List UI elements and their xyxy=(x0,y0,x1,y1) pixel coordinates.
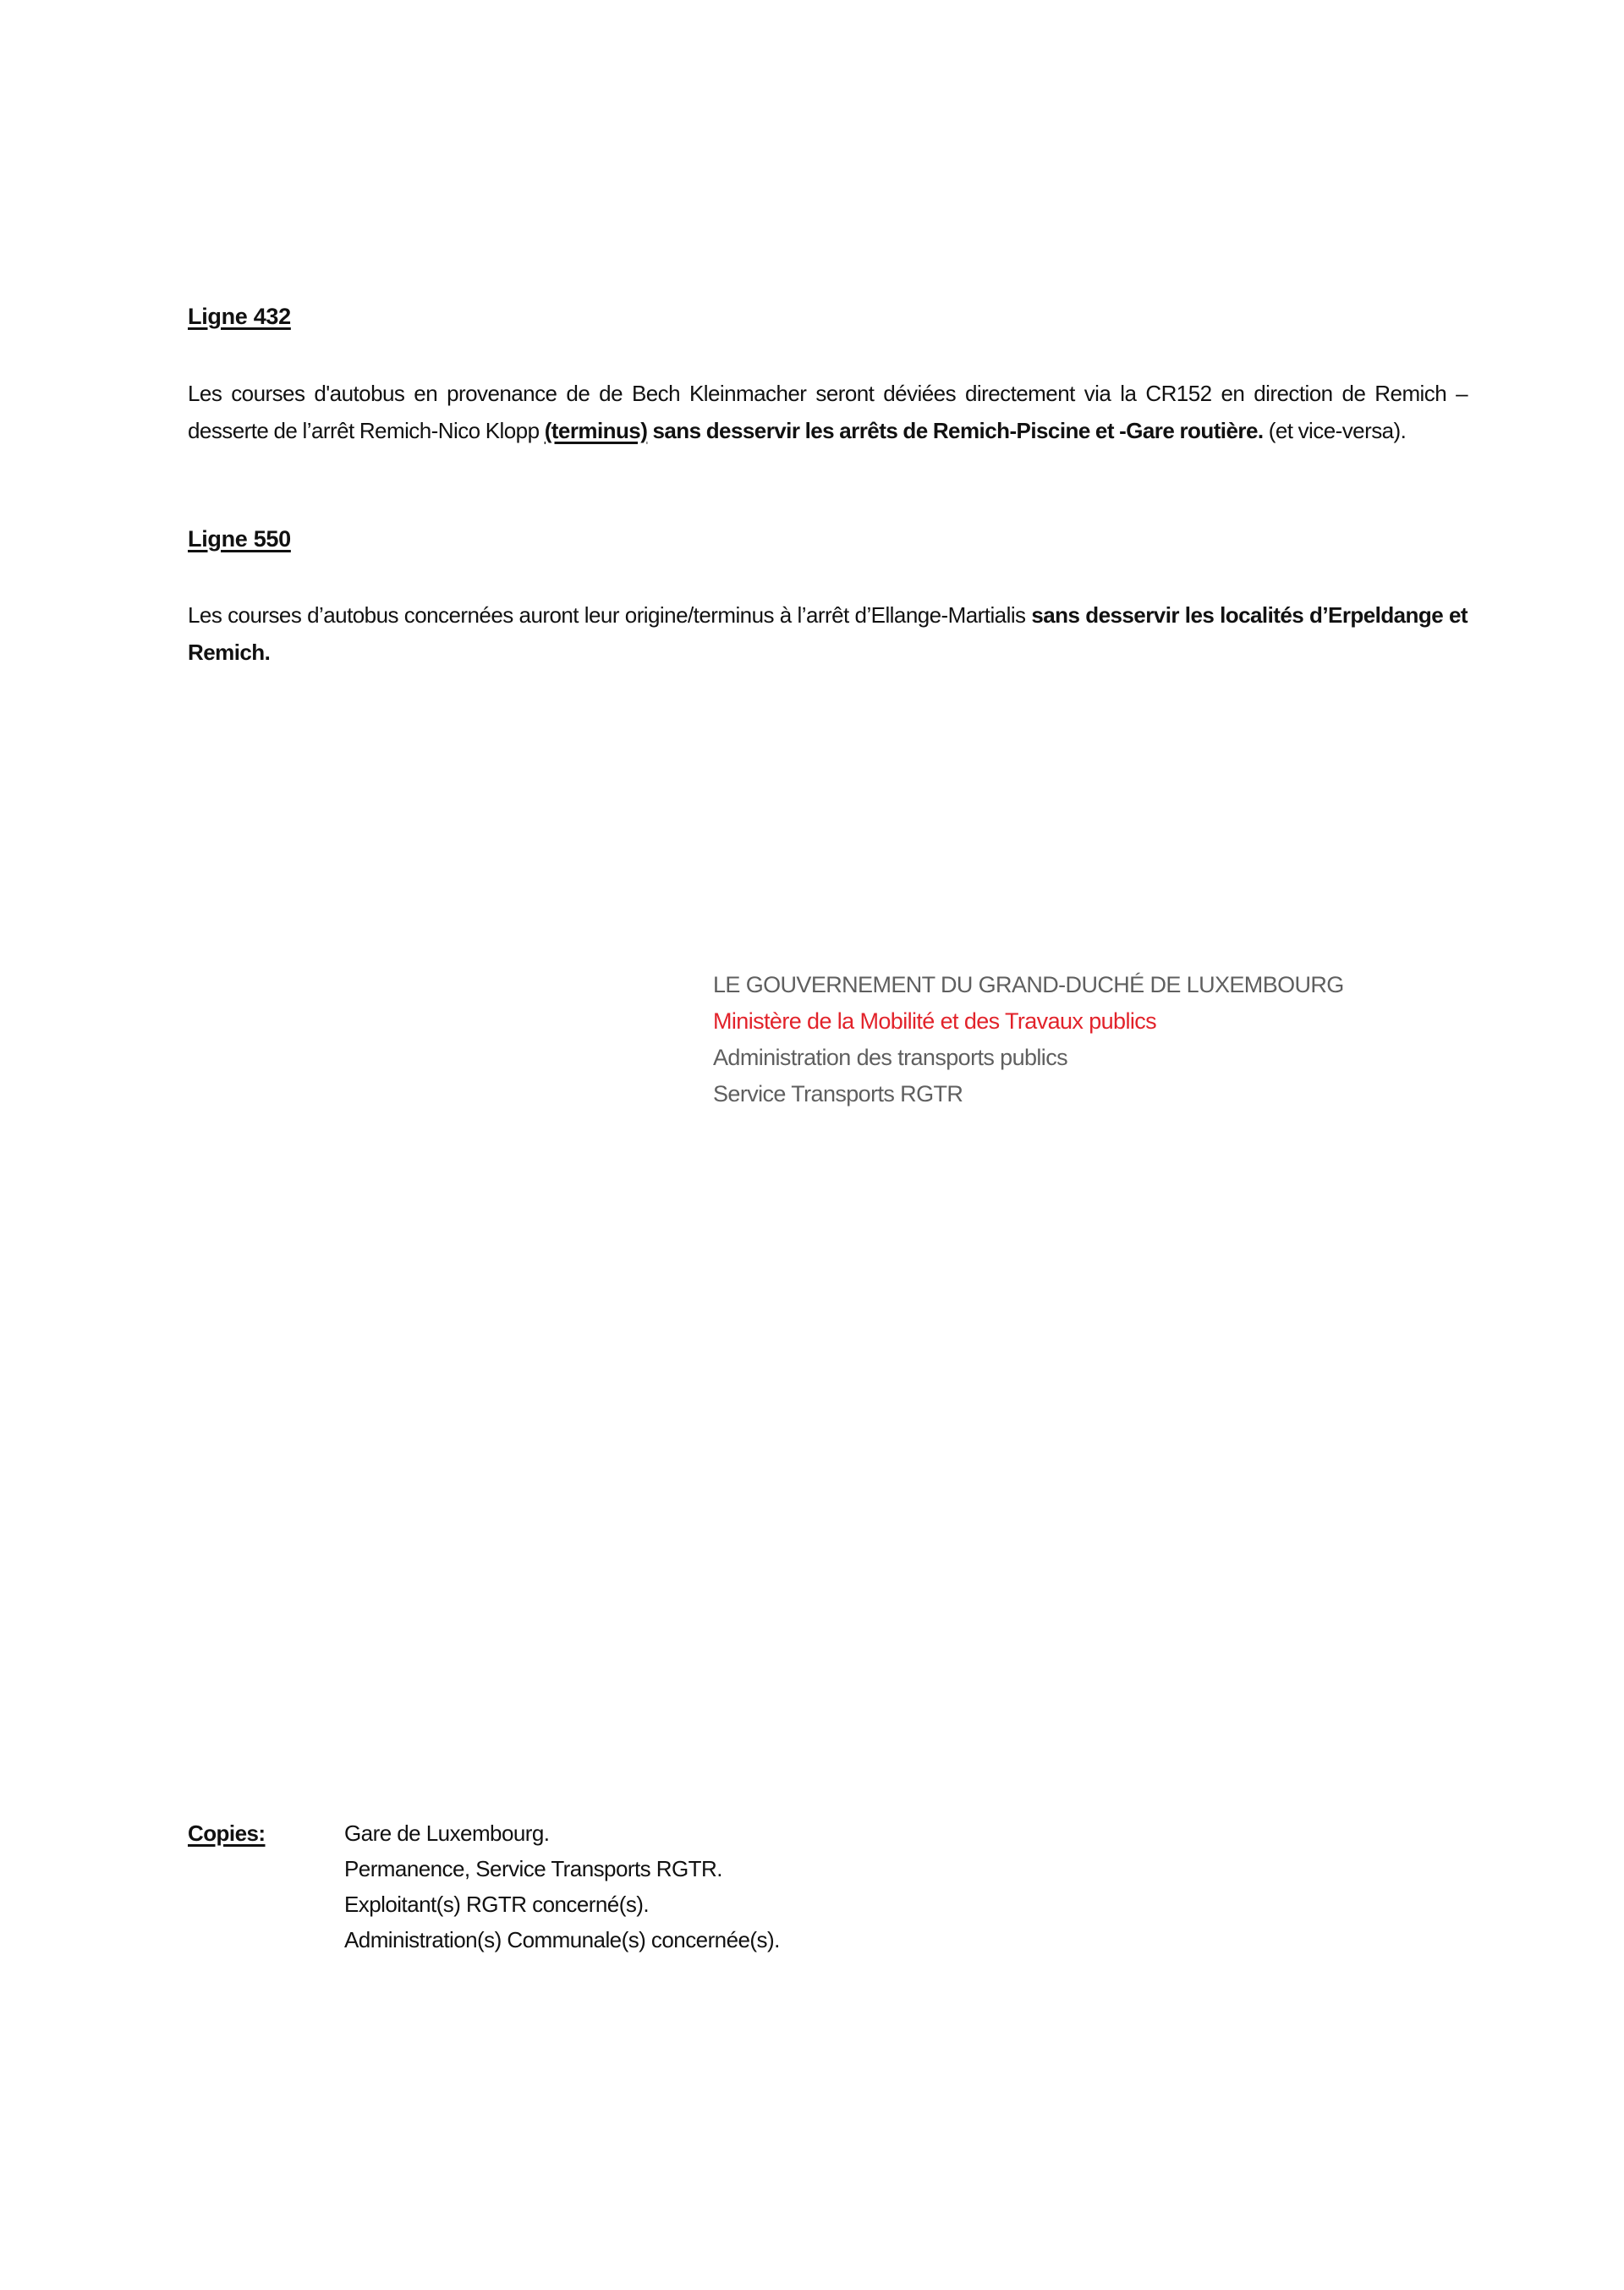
paragraph-text: Les courses d’autobus concernées auront … xyxy=(188,602,1031,628)
copies-recipient-list: Gare de Luxembourg. Permanence, Service … xyxy=(344,1815,780,1958)
copies-label: Copies: xyxy=(188,1815,266,1851)
signature-block: LE GOUVERNEMENT DU GRAND-DUCHÉ DE LUXEMB… xyxy=(713,967,1344,1112)
terminus-emphasis: (terminus) xyxy=(545,418,648,443)
section-heading-ligne-432: Ligne 432 xyxy=(188,303,291,330)
paragraph-text-tail: (et vice-versa). xyxy=(1264,418,1407,443)
section-paragraph-ligne-432: Les courses d'autobus en provenance de d… xyxy=(188,375,1468,449)
bold-text: sans desservir les arrêts de Remich-Pisc… xyxy=(647,418,1263,443)
section-heading-ligne-550: Ligne 550 xyxy=(188,525,291,552)
section-paragraph-ligne-550: Les courses d’autobus concernées auront … xyxy=(188,596,1468,671)
copies-recipient: Permanence, Service Transports RGTR. xyxy=(344,1851,780,1886)
document-page: Ligne 432 Les courses d'autobus en prove… xyxy=(0,0,1624,2290)
copies-recipient: Gare de Luxembourg. xyxy=(344,1815,780,1851)
copies-recipient: Exploitant(s) RGTR concerné(s). xyxy=(344,1886,780,1922)
signature-administration: Administration des transports publics xyxy=(713,1040,1344,1076)
signature-ministry: Ministère de la Mobilité et des Travaux … xyxy=(713,1003,1344,1040)
signature-service: Service Transports RGTR xyxy=(713,1076,1344,1112)
copies-recipient: Administration(s) Communale(s) concernée… xyxy=(344,1922,780,1958)
signature-government: LE GOUVERNEMENT DU GRAND-DUCHÉ DE LUXEMB… xyxy=(713,967,1344,1003)
